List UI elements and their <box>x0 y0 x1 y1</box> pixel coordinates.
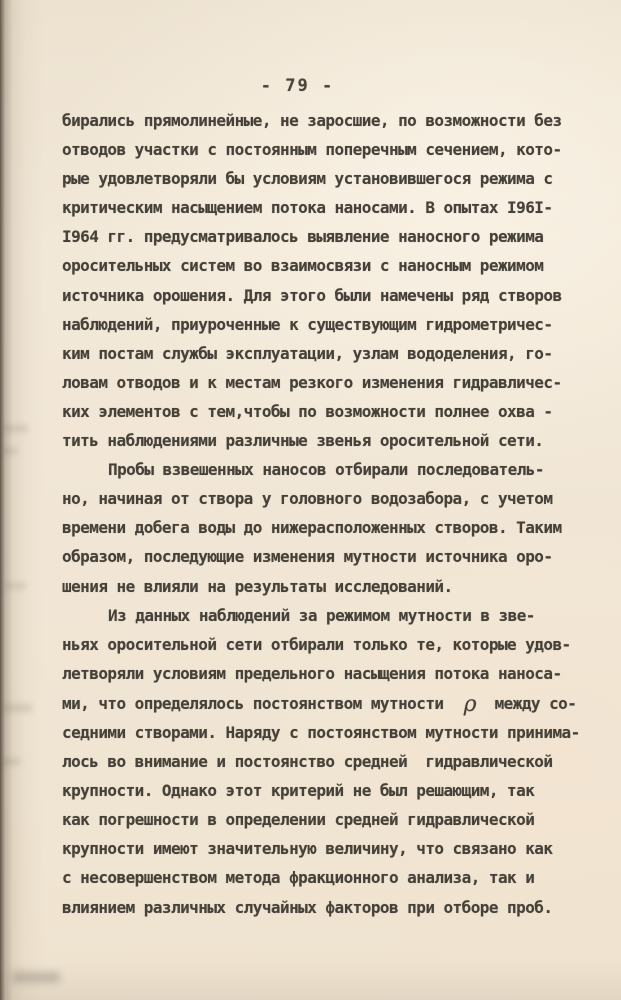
text-line: Из данных наблюдений за режимом мутности… <box>62 601 580 630</box>
text-block: бирались прямолинейные, не заросшие, по … <box>62 106 580 922</box>
paragraph: Из данных наблюдений за режимом мутности… <box>62 601 580 922</box>
text-line: ких элементов с тем,чтобы по возможности… <box>62 397 580 426</box>
bleed-through-mark <box>0 448 18 454</box>
text-line: как погрешности в определении средней ги… <box>62 805 580 834</box>
text-line: летворяли условиям предельного насыщения… <box>62 659 580 688</box>
page-number: - 79 - <box>0 76 595 96</box>
text-line: наблюдений, приуроченные к существующим … <box>62 310 580 339</box>
text-line: I964 гг. предусматривалось выявление нан… <box>62 222 580 251</box>
scanned-document-page: - 79 - бирались прямолинейные, не заросш… <box>0 0 621 1000</box>
bleed-through-mark <box>2 425 28 432</box>
text-line: шения не влияли на результаты исследован… <box>62 572 580 601</box>
text-line: ньях оросительной сети отбирали только т… <box>62 630 580 659</box>
bleed-through-mark <box>0 758 20 765</box>
bleed-through-mark <box>2 704 32 712</box>
text-line: но, начиная от створа у головного водоза… <box>62 484 580 513</box>
bleed-through-mark <box>4 583 26 589</box>
text-line: времени добега воды до нижерасположенных… <box>62 513 580 542</box>
text-line: критическим насыщением потока наносами. … <box>62 193 580 222</box>
text-line: с несовершенством метода фракционного ан… <box>62 863 580 892</box>
paragraph: бирались прямолинейные, не заросшие, по … <box>62 106 580 455</box>
text-line: отводов участки с постоянным поперечным … <box>62 135 580 164</box>
turbidity-rho-symbol: ρ <box>453 692 486 717</box>
scan-smudge <box>12 972 60 983</box>
text-line: влиянием различных случайных факторов пр… <box>62 893 580 922</box>
text-line: оросительных систем во взаимосвязи с нан… <box>62 251 580 280</box>
text-line: седними створами. Наряду с постоянством … <box>62 718 580 747</box>
text-line: образом, последующие изменения мутности … <box>62 542 580 571</box>
text-line: лось во внимание и постоянство средней г… <box>62 747 580 776</box>
text-line: ким постам службы эксплуатации, узлам во… <box>62 339 580 368</box>
text-line: источника орошения. Для этого были намеч… <box>62 281 580 310</box>
text-line: тить наблюдениями различные звенья ороси… <box>62 426 580 455</box>
text-line: бирались прямолинейные, не заросшие, по … <box>62 106 580 135</box>
paragraph: Пробы взвешенных наносов отбирали послед… <box>62 455 580 600</box>
text-line: рые удовлетворяли бы условиям установивш… <box>62 164 580 193</box>
text-line: Пробы взвешенных наносов отбирали послед… <box>62 455 580 484</box>
text-line: ловам отводов и к местам резкого изменен… <box>62 368 580 397</box>
text-line: ми, что определялось постоянством мутнос… <box>62 688 580 718</box>
text-line: крупности имеют значительную величину, ч… <box>62 834 580 863</box>
text-line: крупности. Однако этот критерий не был р… <box>62 776 580 805</box>
